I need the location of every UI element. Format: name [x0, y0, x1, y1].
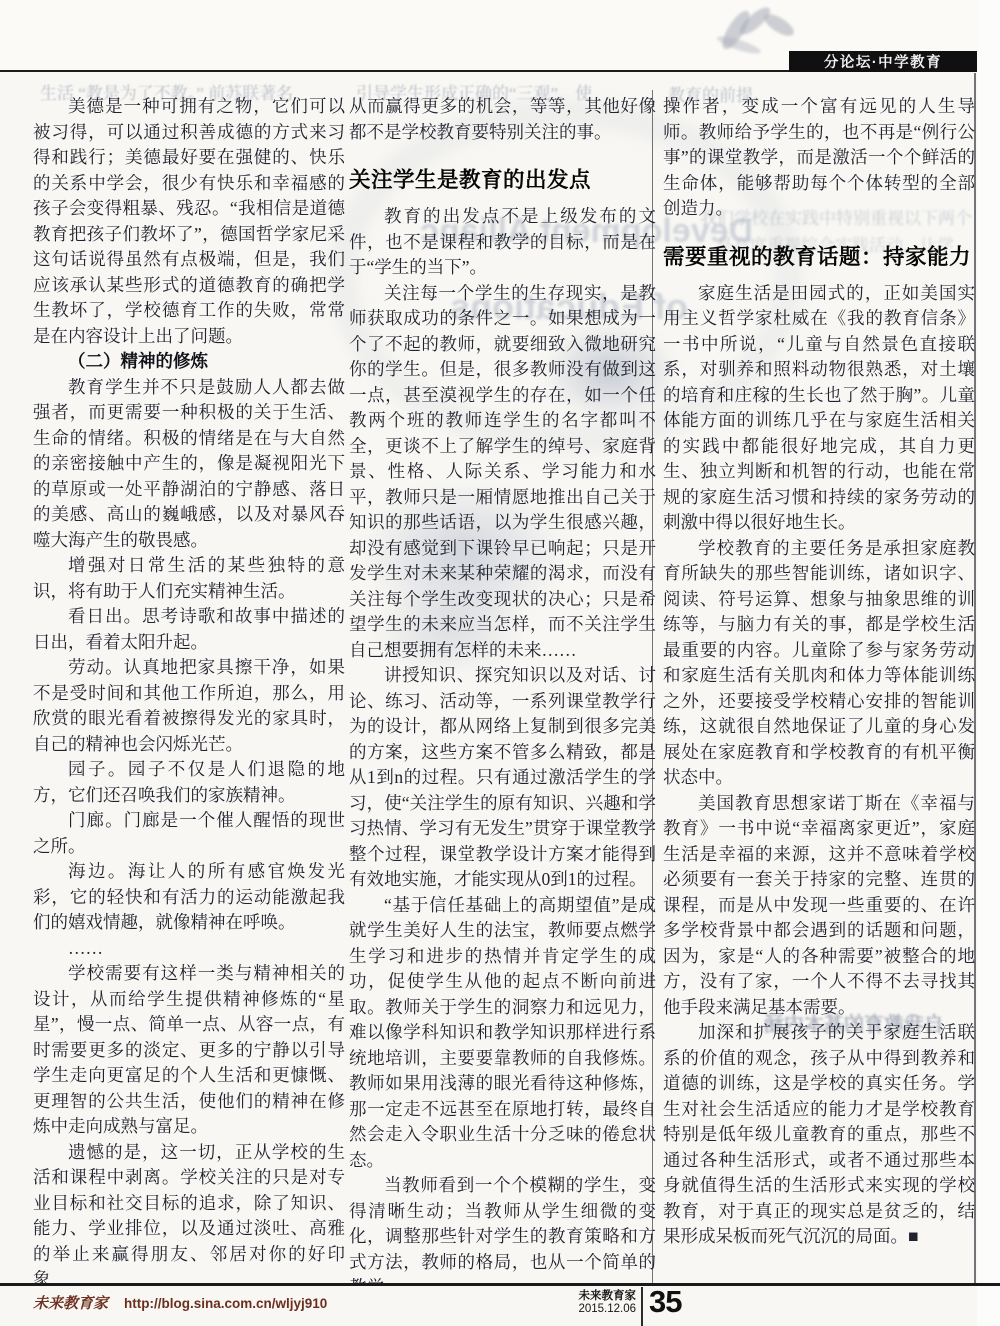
paragraph: 学校需要有这样一类与精神相关的设计，从而给学生提供精神修炼的“星星”，慢一点、简…: [33, 961, 345, 1140]
paragraph: ……: [33, 936, 345, 962]
sub-heading: （二）精神的修炼: [33, 349, 345, 375]
column-3: 操作者，变成一个富有远见的人生导师。教师给予学生的，也不再是“例行公事”的课堂教…: [663, 94, 975, 1286]
paragraph: 教育学生并不只是鼓励人人都去做强者，而更需要一种积极的关于生活、生命的情绪。积极…: [33, 375, 345, 554]
paragraph: 教育的出发点不是上级发布的文件，也不是课程和教学的目标，而是在于“学生的当下”。: [349, 204, 656, 281]
paragraph: 园子。园子不仅是人们退隐的地方，它们还召唤我们的家族精神。: [33, 757, 345, 808]
paragraph: 家庭生活是田园式的，正如美国实用主义哲学家杜威在《我的教育信条》一书中所说，“儿…: [663, 281, 975, 536]
paragraph: 加深和扩展孩子的关于家庭生活联系的价值的观念，孩子从中得到教养和道德的训练，这是…: [663, 1020, 975, 1250]
paragraph: 操作者，变成一个富有远见的人生导师。教师给予学生的，也不再是“例行公事”的课堂教…: [663, 94, 975, 222]
paragraph: 关注每一个学生的生存现实，是教师获取成功的条件之一。如果想成为一个了不起的教师，…: [349, 281, 656, 664]
footer-rule: [0, 1283, 1000, 1286]
paragraph: 海边。海让人的所有感官焕发光彩，它的轻快和有活力的运动能激起我们的嬉戏情趣，就像…: [33, 859, 345, 936]
paragraph: “基于信任基础上的高期望值”是成就学生美好人生的法宝，教师要点燃学生学习和进步的…: [349, 893, 656, 1174]
journal-blog-url: http://blog.sina.com.cn/wljyj910: [124, 1296, 327, 1311]
paragraph: 门廊。门廊是一个催人醒悟的现世之所。: [33, 808, 345, 859]
paragraph: 当教师看到一个个模糊的学生，变得清晰生动；当教师从学生细微的变化，调整那些针对学…: [349, 1173, 656, 1286]
section-label: 分论坛·中学教育: [824, 51, 942, 72]
footer-left: 未来教育家 http://blog.sina.com.cn/wljyj910: [33, 1292, 327, 1313]
page-number: 35: [649, 1284, 681, 1320]
column-2: 从而赢得更多的机会，等等，其他好像都不是学校教育要特别关注的事。关注学生是教育的…: [349, 94, 656, 1286]
paragraph: 看日出。思考诗歌和故事中描述的日出，看着太阳升起。: [33, 604, 345, 655]
footer-publication: 未来教育家 2015.12.06: [540, 1290, 636, 1316]
magazine-page: 生活 “教是为了不教。” 前苏联著名 引导学生形成正确的“三观”，使 教育的前提…: [0, 0, 1000, 1326]
journal-brand: 未来教育家: [540, 1290, 636, 1303]
page-right-margin: [977, 0, 1000, 1326]
paragraph: 讲授知识、探究知识以及对话、讨论、练习、活动等，一系列课堂教学行为的设计，都从网…: [349, 663, 656, 893]
paragraph: 遗憾的是，这一切，正从学校的生活和课程中剥离。学校关注的只是对专业目标和社交目标…: [33, 1140, 345, 1287]
section-header-bar: 分论坛·中学教育: [789, 51, 977, 72]
paragraph: 学校教育的主要任务是承担家庭教育所缺失的那些智能训练，诸如识字、阅读、符号运算、…: [663, 536, 975, 791]
issue-date: 2015.12.06: [540, 1303, 636, 1316]
paragraph: 美德是一种可拥有之物，它们可以被习得，可以通过积善成德的方式来习得和践行；美德最…: [33, 94, 345, 349]
paragraph: 劳动。认真地把家具擦干净，如果不是受时间和其他工作所迫，那么，用欣赏的眼光看着被…: [33, 655, 345, 757]
paragraph: 增强对日常生活的某些独特的意识，将有助于人们充实精神生活。: [33, 553, 345, 604]
section-heading: 关注学生是教育的出发点: [349, 166, 656, 194]
paragraph: 美国教育思想家诺丁斯在《幸福与教育》一书中说“幸福离家更近”，家庭生活是幸福的来…: [663, 791, 975, 1021]
paragraph: 从而赢得更多的机会，等等，其他好像都不是学校教育要特别关注的事。: [349, 94, 656, 145]
section-heading: 需要重视的教育话题：持家能力: [663, 243, 975, 271]
journal-brand: 未来教育家: [33, 1296, 108, 1312]
column-1: 美德是一种可拥有之物，它们可以被习得，可以通过积善成德的方式来习得和践行；美德最…: [33, 94, 345, 1286]
footer-divider-line: [641, 1287, 643, 1326]
